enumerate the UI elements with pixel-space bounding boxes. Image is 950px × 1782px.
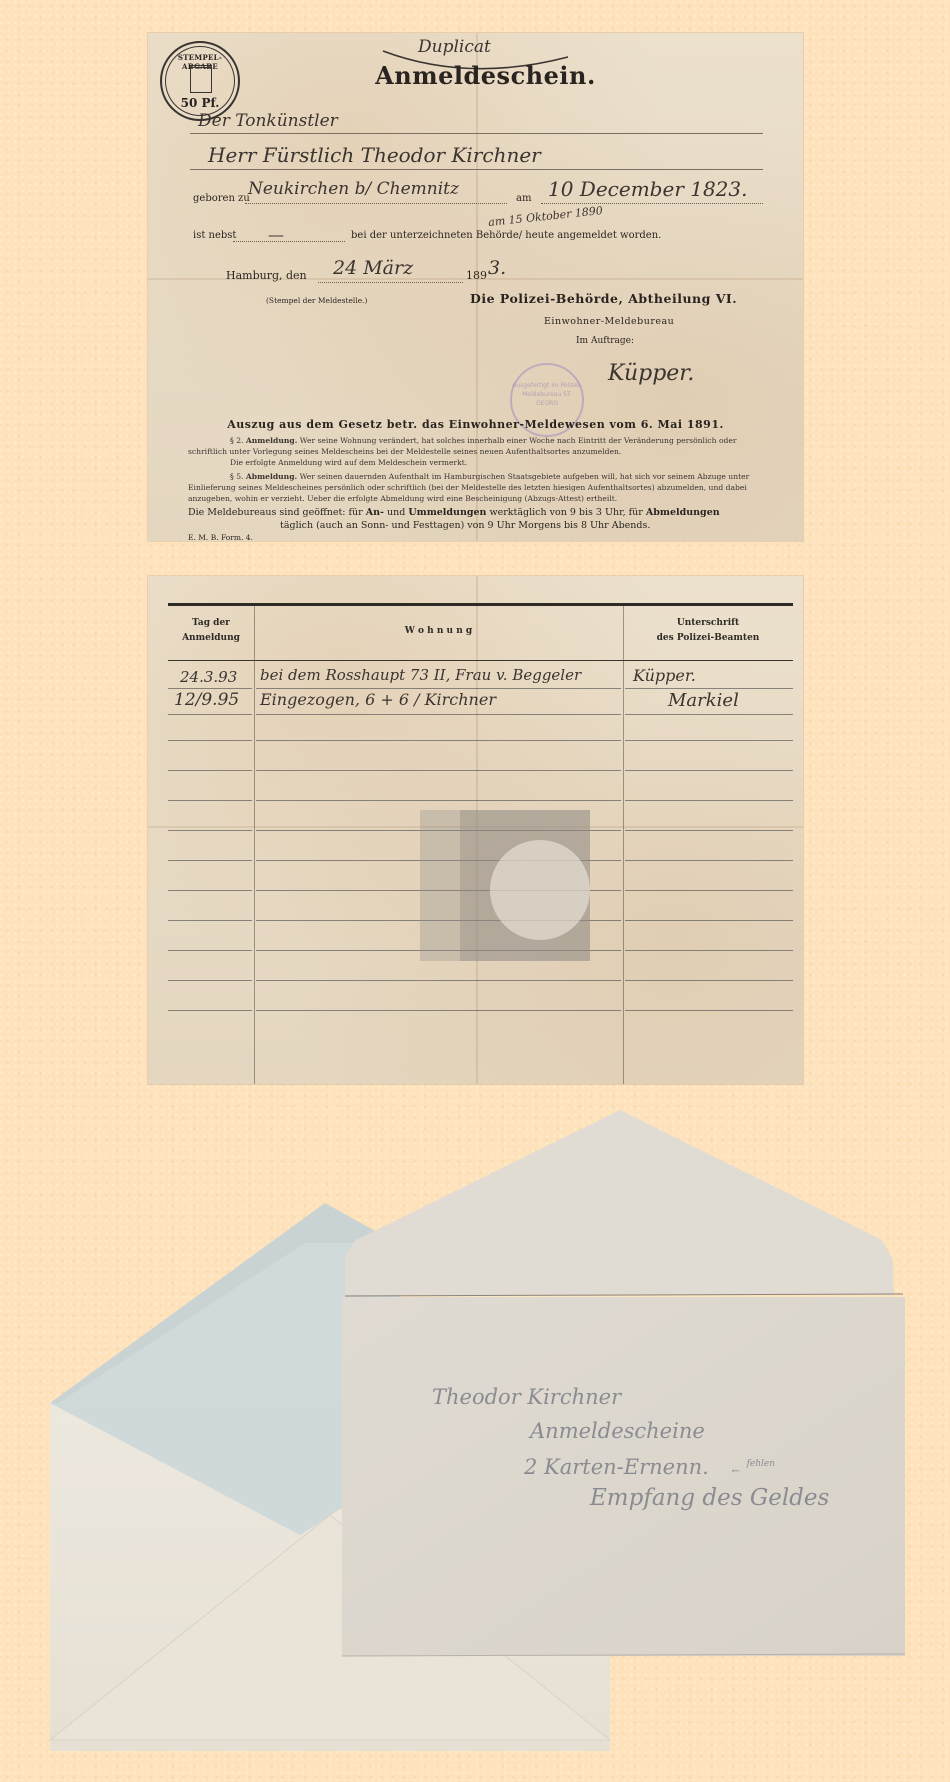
envelopes	[0, 0, 950, 1782]
pencil-line: Anmeldescheine	[530, 1419, 890, 1443]
margin-arrow-icon: ←	[732, 1466, 740, 1477]
pencil-line-text: 2 Karten-Ernenn.	[524, 1455, 709, 1479]
pencil-line: Theodor Kirchner	[432, 1385, 890, 1409]
pencil-line: 2 Karten-Ernenn. ← fehlen	[524, 1455, 890, 1479]
envelope-pencil-notes: Theodor Kirchner Anmeldescheine 2 Karten…	[420, 1385, 890, 1511]
envelope-front	[342, 1110, 905, 1656]
margin-note: fehlen	[747, 1459, 775, 1469]
pencil-line: Empfang des Geldes	[590, 1485, 890, 1511]
